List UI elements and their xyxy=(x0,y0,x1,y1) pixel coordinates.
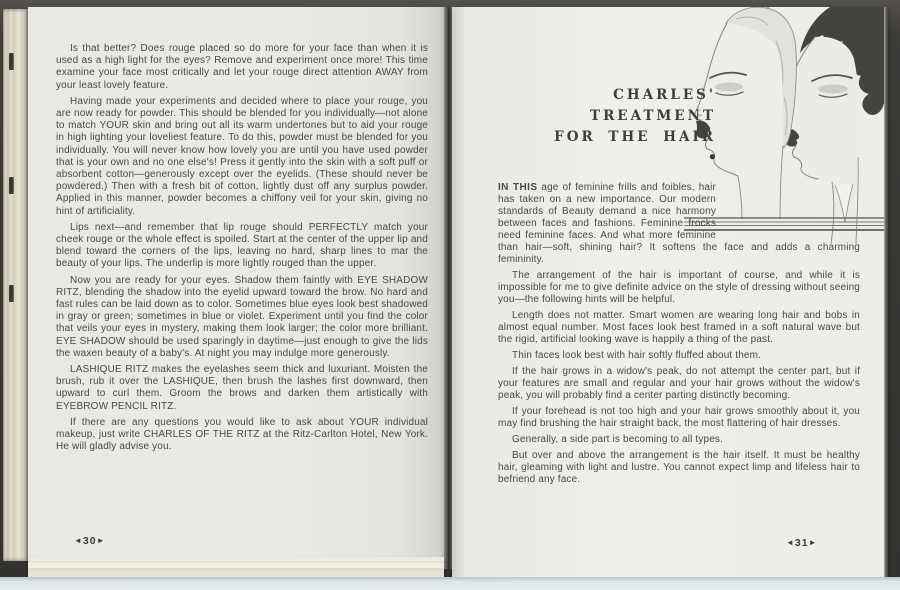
paragraph: If there are any questions you would lik… xyxy=(56,417,428,454)
page-marker-right: ◄31► xyxy=(786,537,818,549)
paragraph: Having made your experiments and decided… xyxy=(56,96,428,218)
page-marker-left: ◄30► xyxy=(74,535,106,547)
staple-mark xyxy=(9,53,13,70)
page-edge-stack-left xyxy=(3,9,29,561)
spine-shadow xyxy=(444,7,452,569)
paragraph: If your forehead is not too high and you… xyxy=(498,406,860,430)
paragraph: Thin faces look best with hair softly fl… xyxy=(498,350,860,362)
next-arrow-icon: ► xyxy=(97,536,106,545)
paragraph: If the hair grows in a widow's peak, do … xyxy=(498,366,860,402)
next-arrow-icon: ► xyxy=(809,538,818,547)
bottom-page-edges xyxy=(28,557,444,577)
left-page: Is that better? Does rouge placed so do … xyxy=(28,7,444,557)
staple-mark xyxy=(9,285,13,302)
paragraph: Generally, a side part is becoming to al… xyxy=(498,434,860,446)
paragraph: LASHIQUE RITZ makes the eyelashes seem t… xyxy=(56,364,428,413)
illustration-spacer xyxy=(716,7,888,240)
paragraph: Length does not matter. Smart women are … xyxy=(498,310,860,346)
right-page: CHARLES' TREATMENT FOR THE HAIR ● IN THI… xyxy=(452,7,888,577)
paragraph: Lips next—and remember that lip rouge sh… xyxy=(56,222,428,271)
right-text-column: CHARLES' TREATMENT FOR THE HAIR ● IN THI… xyxy=(498,7,860,486)
paragraph: Now you are ready for your eyes. Shadow … xyxy=(56,275,428,360)
page-number: 31 xyxy=(795,537,809,549)
book-spread: Is that better? Does rouge placed so do … xyxy=(0,0,900,590)
intro-lead: IN THIS xyxy=(498,182,537,193)
paragraph: Is that better? Does rouge placed so do … xyxy=(56,43,428,92)
right-page-edge xyxy=(884,7,888,577)
prev-arrow-icon: ◄ xyxy=(74,536,83,545)
staple-mark xyxy=(9,177,13,194)
paragraph: But over and above the arrangement is th… xyxy=(498,450,860,486)
table-surface-strip xyxy=(0,577,900,590)
page-number: 30 xyxy=(83,535,97,547)
left-text-column: Is that better? Does rouge placed so do … xyxy=(56,43,428,458)
paragraph: The arrangement of the hair is important… xyxy=(498,270,860,306)
prev-arrow-icon: ◄ xyxy=(786,538,795,547)
